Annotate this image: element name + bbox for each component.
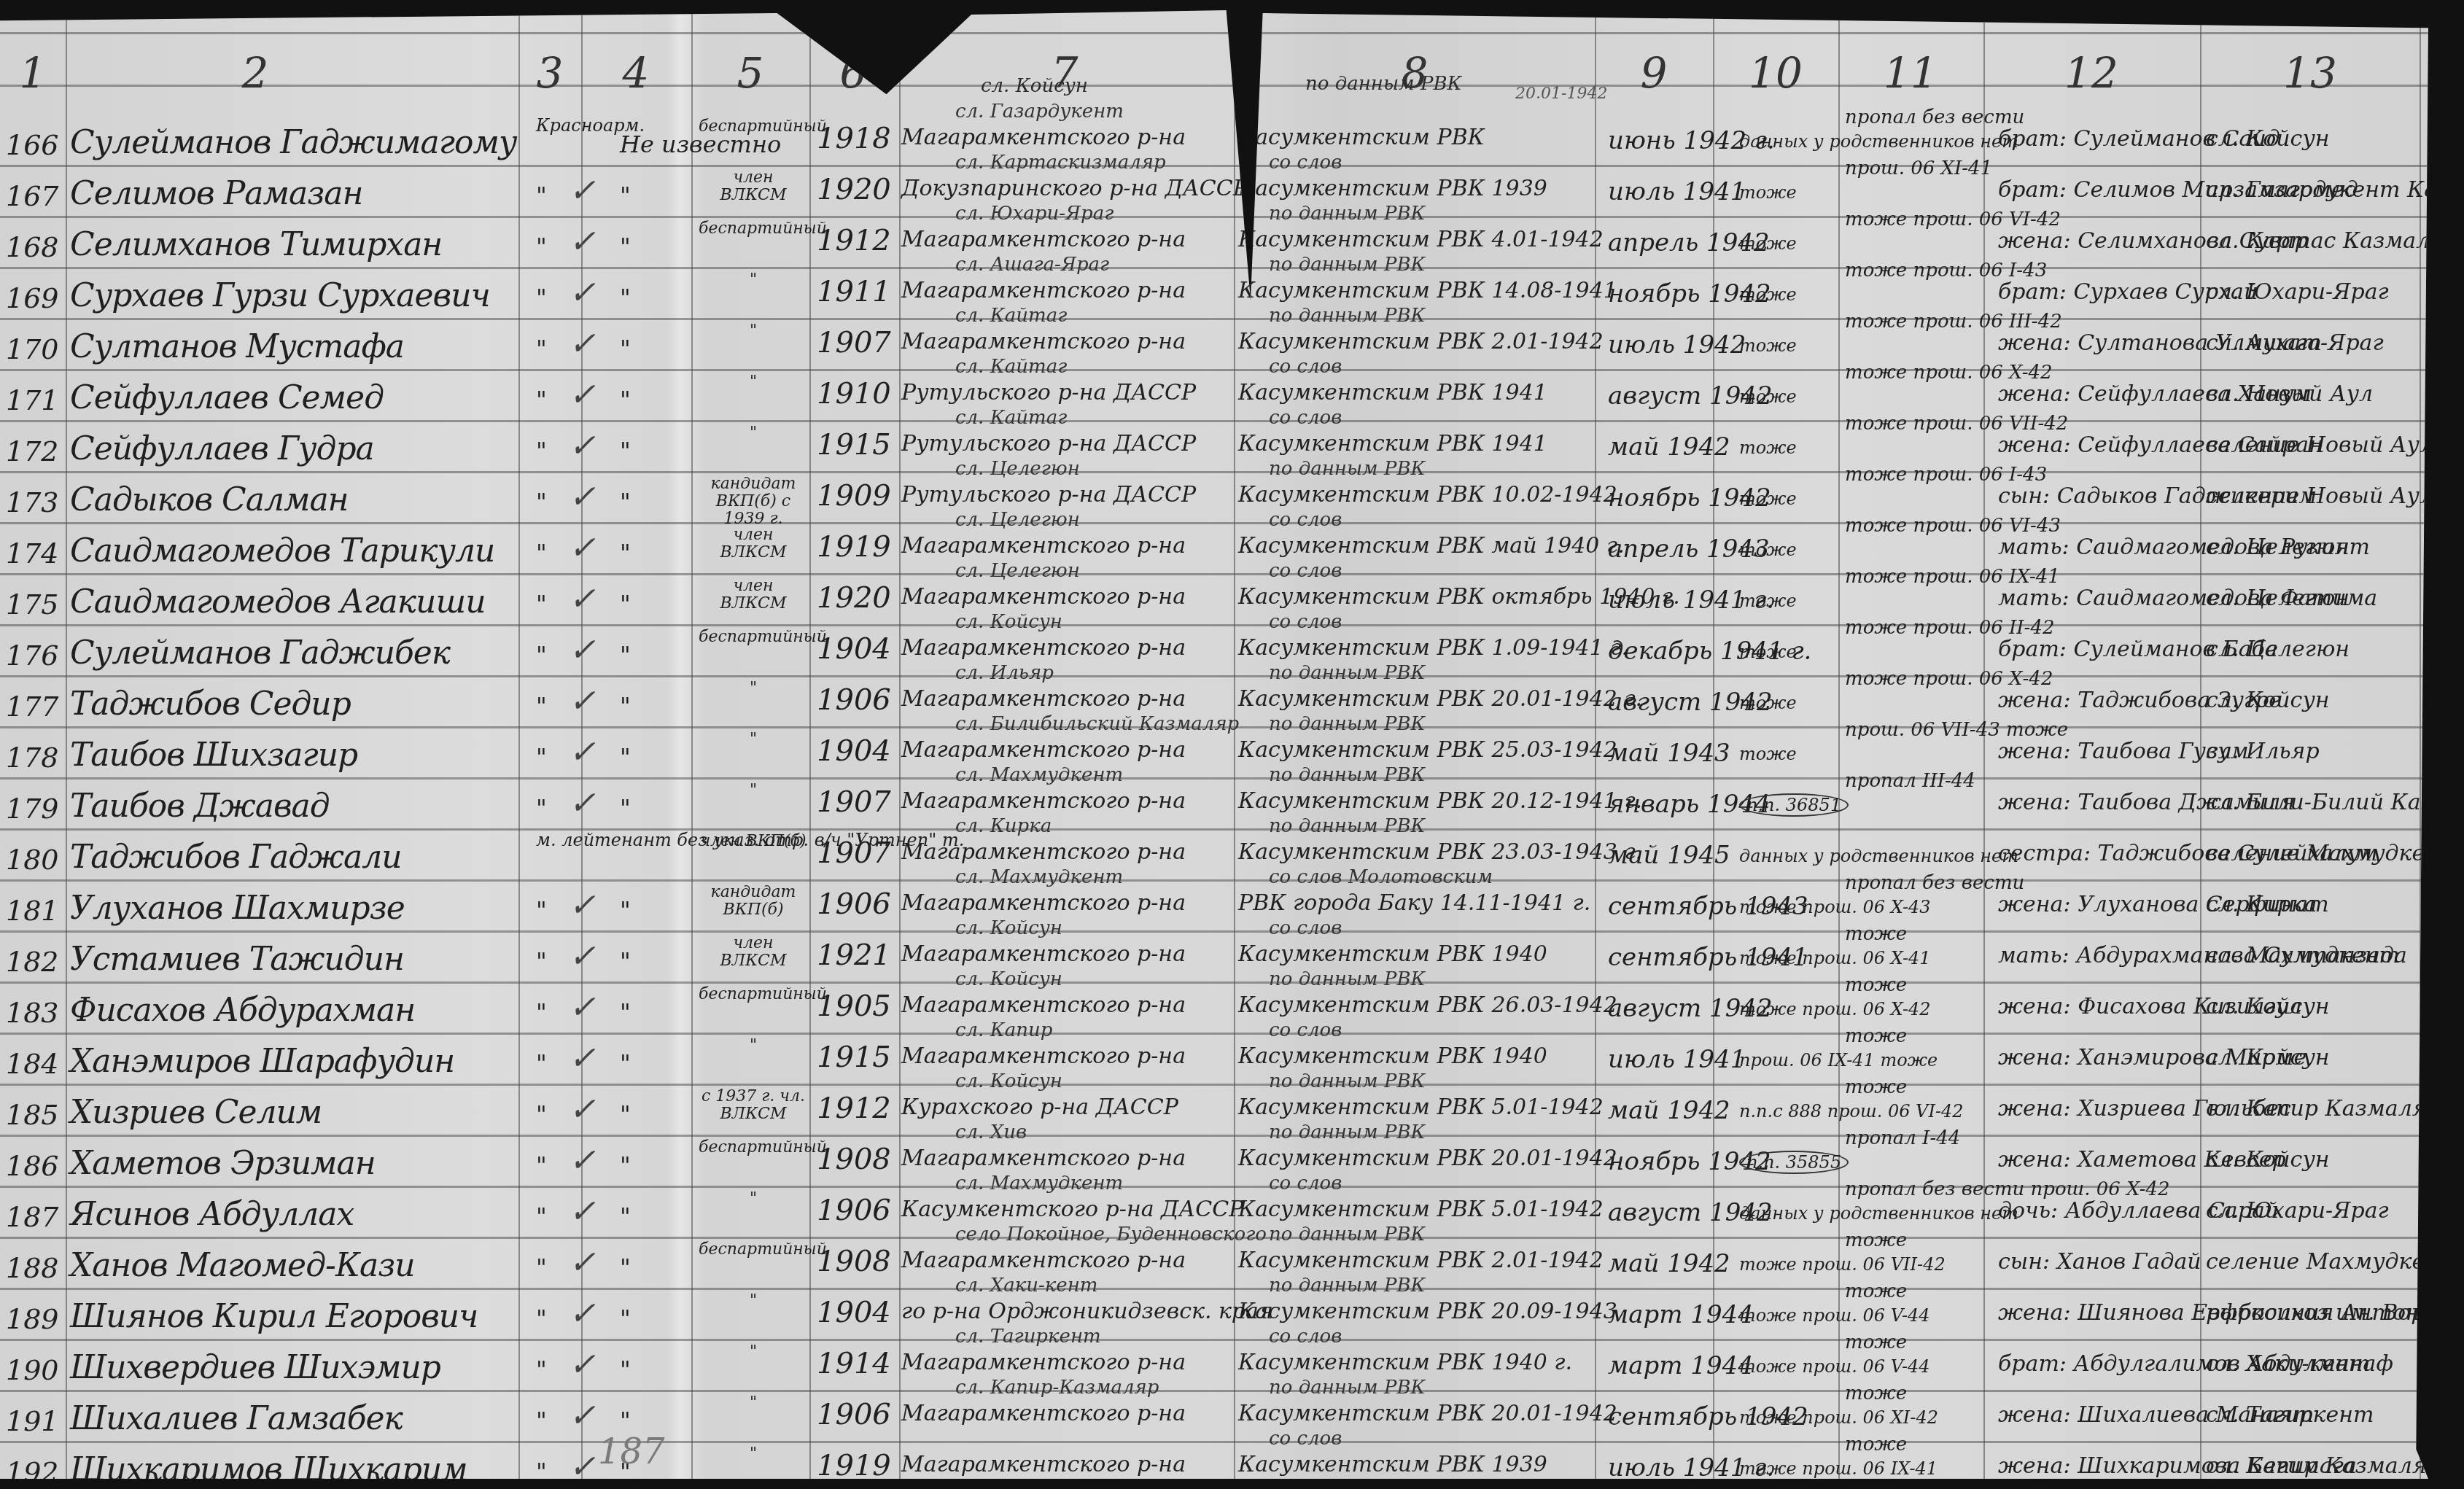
col10-cell: тоже прош. 06 X-41 bbox=[1739, 949, 1931, 967]
checkmark-icon: ✓ bbox=[569, 1145, 596, 1177]
district-cell: Магарамкентского р-на bbox=[901, 280, 1186, 302]
row-number: 189 bbox=[6, 1305, 59, 1333]
checkmark-icon: ✓ bbox=[569, 788, 596, 820]
party-cell: беспартийный bbox=[699, 986, 808, 1003]
district-cell: Магарамкентского р-на bbox=[901, 790, 1186, 812]
village-cell: сл. Махмудкент bbox=[904, 766, 1123, 785]
status-cell: тоже bbox=[1845, 1282, 1907, 1301]
person-name: Саидмагомедов Тарикули bbox=[70, 535, 494, 567]
rank-cell: " bbox=[536, 1409, 547, 1432]
residence-cell: сл. Кирка bbox=[2206, 894, 2317, 916]
party-cell: с 1937 г. чл. ВЛКСМ bbox=[699, 1088, 808, 1123]
date-cell: май 1943 bbox=[1608, 741, 1730, 766]
village-cell: село Покойное, Буденновского bbox=[904, 1225, 1267, 1244]
party-cell: член ВЛКСМ bbox=[699, 578, 808, 613]
party-cell: беспартийный bbox=[699, 1139, 808, 1156]
party-cell: беспартийный bbox=[699, 220, 808, 238]
column-number-1: 1 bbox=[20, 48, 47, 98]
table-row: 169Сурхаев Гурзи Сурхаевич"""1911сл. Аша… bbox=[0, 268, 2428, 319]
birth-year: 1910 bbox=[817, 379, 891, 408]
residence-cell: сл. Целегюн bbox=[2206, 588, 2350, 610]
village-cell: сл. Билибильский Казмаляр bbox=[904, 715, 1239, 734]
party-cell: " bbox=[699, 1190, 808, 1208]
relative-cell: сын: Ханов Гадай bbox=[1998, 1251, 2201, 1273]
table-row: 181Улуханов Шахмирзе""кандидат ВКП(б)190… bbox=[0, 881, 2428, 932]
source-note: со слов bbox=[1269, 1021, 1342, 1040]
rank-cell: " bbox=[536, 1051, 547, 1075]
rank-cell: " bbox=[536, 337, 547, 360]
birth-year: 1906 bbox=[817, 1400, 891, 1429]
district-cell: го р-на Орджоникидзевск. края bbox=[901, 1301, 1273, 1323]
checkmark-icon: ✓ bbox=[569, 1247, 596, 1279]
row-number: 175 bbox=[6, 591, 59, 618]
district-cell: Рутульского р-на ДАССР bbox=[901, 382, 1196, 404]
village-cell: сл. Койсун bbox=[904, 970, 1062, 989]
person-name: Таджибов Седир bbox=[70, 688, 351, 720]
source-note: по данным РВК bbox=[1269, 255, 1426, 274]
table-row: 188Ханов Магомед-Кази""беспартийный1908с… bbox=[0, 1238, 2428, 1289]
village-cell: сл. Кайтаг bbox=[904, 357, 1067, 376]
birth-year: 1904 bbox=[817, 736, 891, 766]
row-number: 182 bbox=[6, 948, 59, 976]
row-number: 174 bbox=[6, 540, 59, 567]
column-number-4: 4 bbox=[623, 48, 650, 98]
rank-cell: " bbox=[536, 643, 547, 666]
village-cell: сл. Ашага-Яраг bbox=[904, 255, 1109, 274]
table-row: 167Селимов Рамазан""член ВЛКСМ1920сл. Ка… bbox=[0, 166, 2428, 217]
col10-cell: п.п.с 888 прош. 06 VI-42 bbox=[1739, 1103, 1964, 1120]
birth-year: 1904 bbox=[817, 634, 891, 664]
person-name: Садыков Салман bbox=[70, 484, 349, 516]
table-row: 174Саидмагомедов Тарикули""член ВЛКСМ191… bbox=[0, 524, 2428, 575]
person-name: Ханэмиров Шарафудин bbox=[70, 1046, 454, 1078]
col4-cell: " bbox=[620, 235, 631, 258]
residence-cell: сл. Капир Казмаляр bbox=[2206, 1098, 2428, 1120]
row-number: 187 bbox=[6, 1203, 59, 1231]
birth-year: 1921 bbox=[817, 941, 891, 970]
col8-header-date: 20.01-1942 bbox=[1515, 85, 1607, 103]
draft-office-cell: Касумкентским РВК 2.01-1942 bbox=[1238, 1250, 1604, 1272]
birth-year: 1918 bbox=[817, 124, 891, 153]
district-cell: Магарамкентского р-на bbox=[901, 331, 1186, 353]
person-name: Шихкаримов Шихкарим bbox=[70, 1454, 467, 1479]
col4-cell: " bbox=[620, 184, 631, 207]
village-cell: сл. Ильяр bbox=[904, 664, 1054, 683]
rank-cell: " bbox=[536, 1358, 547, 1381]
checkmark-icon: ✓ bbox=[569, 430, 596, 462]
checkmark-icon: ✓ bbox=[569, 1400, 596, 1432]
birth-year: 1920 bbox=[817, 583, 891, 613]
col4-cell: " bbox=[620, 592, 631, 615]
status-cell: прош. 06 XI-41 bbox=[1845, 159, 1992, 178]
residence-cell: сл. Ильяр bbox=[2206, 741, 2320, 763]
source-note: со слов bbox=[1269, 408, 1342, 427]
residence-cell: селение Новый Аул bbox=[2206, 486, 2428, 508]
party-cell: " bbox=[699, 322, 808, 340]
checkmark-icon: ✓ bbox=[569, 1043, 596, 1075]
birth-year: 1907 bbox=[817, 839, 891, 868]
person-name: Сулейманов Гаджибек bbox=[70, 637, 450, 669]
birth-year: 1908 bbox=[817, 1247, 891, 1276]
residence-cell: сл. Махмудкент bbox=[2206, 945, 2400, 967]
date-cell: март 1944 bbox=[1608, 1302, 1754, 1327]
draft-office-cell: Касумкентским РВК 1940 г. bbox=[1238, 1352, 1572, 1374]
col10-cell: данных у родственников нет bbox=[1739, 1205, 2018, 1222]
party-cell: член ВЛКСМ bbox=[699, 526, 808, 561]
birth-year: 1919 bbox=[817, 532, 891, 561]
person-name: Сурхаев Гурзи Сурхаевич bbox=[70, 280, 490, 312]
source-note: по данным РВК bbox=[1269, 1276, 1426, 1295]
party-cell: " bbox=[699, 373, 808, 391]
checkmark-icon: ✓ bbox=[569, 583, 596, 615]
district-cell: Рутульского р-на ДАССР bbox=[901, 433, 1196, 455]
row-number: 192 bbox=[6, 1458, 59, 1479]
residence-cell: сл. Юхари-Яраг bbox=[2206, 281, 2389, 303]
draft-office-cell: Касумкентским РВК 5.01-1942 bbox=[1238, 1097, 1604, 1119]
col4-cell: " bbox=[620, 1307, 631, 1330]
district-cell: Магарамкентского р-на bbox=[901, 1403, 1186, 1425]
draft-office-cell: Касумкентским РВК 1939 bbox=[1238, 1454, 1547, 1476]
col10-cell: тоже bbox=[1739, 286, 1797, 303]
person-name: Селимханов Тимирхан bbox=[70, 229, 442, 261]
person-name: Таджибов Гаджали bbox=[70, 841, 402, 874]
col4-cell: " bbox=[620, 796, 631, 820]
party-cell: " bbox=[699, 1292, 808, 1310]
rank-cell: " bbox=[536, 388, 547, 411]
village-cell: сл. Юхари-Яраг bbox=[904, 204, 1114, 223]
person-name: Улуханов Шахмирзе bbox=[70, 893, 405, 925]
draft-office-cell: РВК города Баку 14.11-1941 г. bbox=[1238, 893, 1590, 914]
col4-cell: " bbox=[620, 1000, 631, 1024]
residence-cell: сл. Тагиркент bbox=[2206, 1404, 2374, 1426]
status-cell: тоже прош. 06 Х-42 bbox=[1845, 669, 2053, 688]
col10-cell: тоже bbox=[1739, 541, 1797, 559]
party-cell: " bbox=[699, 680, 808, 697]
village-cell: сл. Целегюн bbox=[904, 510, 1080, 529]
col4-cell: " bbox=[620, 1205, 631, 1228]
rank-cell: " bbox=[536, 439, 547, 462]
col4-cell: " bbox=[620, 1051, 631, 1075]
birth-year: 1907 bbox=[817, 788, 891, 817]
person-name: Шиянов Кирил Егорович bbox=[70, 1301, 478, 1333]
district-cell: Магарамкентского р-на bbox=[901, 841, 1186, 863]
rank-cell: " bbox=[536, 796, 547, 820]
col10-cell: тоже bbox=[1739, 694, 1797, 712]
status-cell: тоже bbox=[1845, 925, 1907, 944]
district-cell: Магарамкентского р-на bbox=[901, 535, 1186, 557]
checkmark-icon: ✓ bbox=[569, 685, 596, 718]
party-cell: " bbox=[699, 1037, 808, 1054]
col10-cell: тоже bbox=[1739, 337, 1797, 354]
document-sheet: 12345678910111213 сл. Койсун по данным Р… bbox=[0, 6, 2428, 1479]
col10-cell: п.п. 36851 bbox=[1739, 796, 1849, 814]
status-cell: тоже bbox=[1845, 1027, 1907, 1046]
person-name: Таибов Джавад bbox=[70, 790, 330, 823]
rank-cell: " bbox=[536, 949, 547, 973]
district-cell: Магарамкентского р-на bbox=[901, 127, 1186, 149]
birth-year: 1909 bbox=[817, 481, 891, 510]
party-cell: беспартийный bbox=[699, 1241, 808, 1259]
row-number: 188 bbox=[6, 1254, 59, 1282]
person-name: Сейфуллаев Гудра bbox=[70, 433, 374, 465]
birth-year: 1912 bbox=[817, 226, 891, 255]
residence-cell: сл. Целегюн bbox=[2206, 639, 2350, 661]
row-number: 170 bbox=[6, 335, 59, 363]
rank-cell: " bbox=[536, 490, 547, 513]
village-cell: сл. Кирка bbox=[904, 817, 1052, 836]
party-cell: " bbox=[699, 271, 808, 289]
status-cell: пропал I-44 bbox=[1845, 1129, 1960, 1148]
residence-cell: селение Махмудкент bbox=[2206, 1251, 2428, 1273]
status-cell: тоже прош. 06 II-42 bbox=[1845, 618, 2054, 637]
district-cell: Магарамкентского р-на bbox=[901, 893, 1186, 914]
draft-office-cell: Касумкентским РВК 2.01-1942 bbox=[1238, 331, 1604, 353]
column-number-3: 3 bbox=[537, 48, 564, 98]
person-name: Шихвердиев Шихэмир bbox=[70, 1352, 440, 1384]
col4-cell: " bbox=[620, 1256, 631, 1279]
col10-cell: тоже прош. 06 IX-41 bbox=[1739, 1460, 1938, 1477]
source-note: по данным РВК bbox=[1269, 715, 1426, 734]
residence-cell: сл. Газардукент Казмаляр bbox=[2206, 179, 2428, 201]
district-cell: Магарамкентского р-на bbox=[901, 637, 1186, 659]
party-cell: член ВЛКСМ bbox=[699, 169, 808, 204]
residence-cell: селение Махмудкент bbox=[2206, 843, 2428, 865]
party-cell: беспартийный bbox=[699, 629, 808, 646]
birth-year: 1907 bbox=[817, 328, 891, 357]
status-cell: тоже bbox=[1845, 976, 1907, 995]
district-cell: Магарамкентского р-на bbox=[901, 688, 1186, 710]
checkmark-icon: ✓ bbox=[569, 328, 596, 360]
district-cell: Магарамкентского р-на bbox=[901, 944, 1186, 965]
col10-cell: тоже bbox=[1739, 184, 1797, 201]
party-cell: член ВКП(б) bbox=[699, 833, 808, 850]
birth-year: 1905 bbox=[817, 992, 891, 1021]
col10-cell: тоже bbox=[1739, 490, 1797, 508]
rank-cell: " bbox=[536, 745, 547, 769]
checkmark-icon: ✓ bbox=[569, 634, 596, 666]
col4-cell: " bbox=[620, 1103, 631, 1126]
status-cell: тоже bbox=[1845, 1078, 1907, 1097]
residence-cell: сл. Били-Билий Казмаляр bbox=[2206, 792, 2428, 814]
residence-cell: сл. Целегюн bbox=[2206, 537, 2350, 559]
date-cell: май 1942 bbox=[1608, 435, 1730, 459]
col4-cell: " bbox=[620, 1358, 631, 1381]
col10-cell: данных у родственников нет bbox=[1739, 133, 2018, 150]
col10-cell: тоже bbox=[1739, 439, 1797, 456]
birth-year: 1920 bbox=[817, 175, 891, 204]
source-note: по данным РВК bbox=[1269, 204, 1426, 223]
column-number-9: 9 bbox=[1641, 48, 1668, 98]
person-name: Султанов Мустафа bbox=[70, 331, 404, 363]
date-cell: март 1944 bbox=[1608, 1353, 1754, 1378]
draft-office-cell: Касумкентским РВК 20.09-1943 bbox=[1238, 1301, 1617, 1323]
row-number: 168 bbox=[6, 233, 59, 261]
rank-cell: " bbox=[536, 235, 547, 258]
status-cell: тоже прош. 06 X-42 bbox=[1845, 363, 2053, 382]
table-row: 190Шихвердиев Шихэмир"""1914сл. Тагиркен… bbox=[0, 1340, 2428, 1391]
person-name: Ясинов Абдуллах bbox=[70, 1199, 354, 1231]
rank-cell: " bbox=[536, 1103, 547, 1126]
district-cell: Магарамкентского р-на bbox=[901, 586, 1186, 608]
col4-cell: " bbox=[620, 439, 631, 462]
row-number: 191 bbox=[6, 1407, 59, 1435]
table-row: 183Фисахов Абдурахман""беспартийный1905с… bbox=[0, 983, 2428, 1034]
district-cell: Курахского р-на ДАССР bbox=[901, 1097, 1178, 1119]
source-note: по данным РВК bbox=[1269, 1072, 1426, 1091]
source-note: со слов bbox=[1269, 1174, 1342, 1193]
birth-year: 1908 bbox=[817, 1145, 891, 1174]
row-number: 167 bbox=[6, 182, 59, 210]
col10-cell: тоже bbox=[1739, 235, 1797, 252]
col10-cell: тоже прош. 06 X-43 bbox=[1739, 898, 1931, 916]
table-row: 166Сулейманов ГаджимагомуКрасноарм.Не из… bbox=[0, 115, 2428, 166]
checkmark-icon: ✓ bbox=[569, 992, 596, 1024]
col10-cell: п.п. 35855 bbox=[1739, 1154, 1849, 1171]
rank-cell: " bbox=[536, 694, 547, 718]
district-cell: Докузпаринского р-на ДАССР bbox=[901, 178, 1248, 200]
source-note: со слов bbox=[1269, 1429, 1342, 1448]
col4-cell: " bbox=[620, 337, 631, 360]
source-note: со слов Молотовским bbox=[1269, 868, 1493, 887]
checkmark-icon: ✓ bbox=[569, 941, 596, 973]
col4-cell: " bbox=[620, 388, 631, 411]
residence-cell: сл. Койсун bbox=[2206, 996, 2330, 1018]
row-number: 173 bbox=[6, 489, 59, 516]
table-row: 176Сулейманов Гаджибек""беспартийный1904… bbox=[0, 626, 2428, 677]
residence-cell: сл. Койсун bbox=[2206, 690, 2330, 712]
col4-cell: " bbox=[620, 286, 631, 309]
status-cell: тоже прош. 06 VI-42 bbox=[1845, 210, 2061, 229]
village-cell: сл. Махмудкент bbox=[904, 868, 1123, 887]
rank-cell: " bbox=[536, 1000, 547, 1024]
checkmark-icon: ✓ bbox=[569, 736, 596, 769]
rank-cell: " bbox=[536, 1205, 547, 1228]
checkmark-icon: ✓ bbox=[569, 277, 596, 309]
draft-office-cell: Касумкентским РВК 20.01-1942 bbox=[1238, 1403, 1617, 1425]
column-number-11: 11 bbox=[1884, 48, 1938, 98]
source-note: со слов bbox=[1269, 153, 1342, 172]
source-note: по данным РВК bbox=[1269, 1123, 1426, 1142]
person-name: Хаметов Эрзиман bbox=[70, 1148, 376, 1180]
district-cell: Магарамкентского р-на bbox=[901, 995, 1186, 1016]
birth-year: 1919 bbox=[817, 1451, 891, 1479]
table-row: 191Шихалиев Гамзабек"""1906сл. Капир-Каз… bbox=[0, 1391, 2428, 1442]
col10-cell: тоже bbox=[1739, 592, 1797, 610]
date-cell: май 1945 bbox=[1608, 843, 1730, 868]
rank-cell: " bbox=[536, 1460, 547, 1479]
district-cell: Рутульского р-на ДАССР bbox=[901, 484, 1196, 506]
checkmark-icon: ✓ bbox=[569, 532, 596, 564]
party-cell: беспартийный bbox=[699, 118, 808, 136]
col10-cell: тоже прош. 06 VII-42 bbox=[1739, 1256, 1946, 1273]
village-cell: сл. Тагиркент bbox=[904, 1327, 1101, 1346]
rank-cell: " bbox=[536, 184, 547, 207]
source-note: по данным РВК bbox=[1269, 306, 1426, 325]
status-cell: тоже прош. 06 IX-41 bbox=[1845, 567, 2060, 586]
source-note: по данным РВК bbox=[1269, 766, 1426, 785]
checkmark-icon: ✓ bbox=[569, 1094, 596, 1126]
district-cell: Магарамкентского р-на bbox=[901, 229, 1186, 251]
party-cell: член ВЛКСМ bbox=[699, 935, 808, 970]
residence-cell: селение Новый Аул bbox=[2206, 435, 2428, 456]
col4-cell: " bbox=[620, 1409, 631, 1432]
checkmark-icon: ✓ bbox=[569, 481, 596, 513]
draft-office-cell: Касумкентским РВК 25.03-1942 bbox=[1238, 739, 1617, 761]
village-cell: сл. Койсун bbox=[904, 613, 1062, 631]
source-note: по данным РВК bbox=[1269, 1225, 1426, 1244]
col4-cell: " bbox=[620, 898, 631, 922]
residence-cell: сл. Хаки-кент bbox=[2206, 1353, 2370, 1375]
birth-year: 1906 bbox=[817, 890, 891, 919]
date-cell: май 1942 bbox=[1608, 1251, 1730, 1276]
col10-cell: прош. 06 IX-41 тоже bbox=[1739, 1051, 1938, 1069]
table-row: 168Селимханов Тимирхан""беспартийный1912… bbox=[0, 217, 2428, 268]
residence-cell: сл. Ашага-Яраг bbox=[2206, 333, 2384, 354]
checkmark-icon: ✓ bbox=[569, 379, 596, 411]
draft-office-cell: Касумкентским РВК 10.02-1942 bbox=[1238, 484, 1617, 506]
table-row: 180Таджибов Гаджалим. лейтенант без указ… bbox=[0, 830, 2428, 881]
residence-cell: сл. Койсун bbox=[2206, 1149, 2330, 1171]
row-number: 186 bbox=[6, 1152, 59, 1180]
person-name: Фисахов Абдурахман bbox=[70, 995, 415, 1027]
row-number: 184 bbox=[6, 1050, 59, 1078]
date-cell: июль 1941 bbox=[1608, 1047, 1746, 1072]
rank-cell: " bbox=[536, 1307, 547, 1330]
draft-office-cell: Касумкентским РВК 1940 bbox=[1238, 1046, 1547, 1068]
district-cell: Магарамкентского р-на bbox=[901, 739, 1186, 761]
draft-office-cell: Касумкентским РВК 20.01-1942 г. bbox=[1238, 688, 1642, 710]
col10-cell: тоже прош. 06 V-44 bbox=[1739, 1358, 1930, 1375]
row-number: 177 bbox=[6, 693, 59, 720]
rank-cell: " bbox=[536, 286, 547, 309]
table-row: 173Садыков Салман""кандидат ВКП(б) с 193… bbox=[0, 473, 2428, 524]
district-cell: Магарамкентского р-на bbox=[901, 1352, 1186, 1374]
row-number: 183 bbox=[6, 999, 59, 1027]
ruling-line bbox=[0, 32, 2428, 34]
draft-office-cell: Касумкентским РВК 1.09-1941 г. bbox=[1238, 637, 1628, 659]
col4-cell: " bbox=[620, 541, 631, 564]
draft-office-cell: Касумкентским РВК 1941 bbox=[1238, 382, 1547, 404]
row-number: 169 bbox=[6, 284, 59, 312]
date-cell: май 1942 bbox=[1608, 1098, 1730, 1123]
district-cell: Касумкентского р-на ДАССР bbox=[901, 1199, 1243, 1221]
person-name: Шихалиев Гамзабек bbox=[70, 1403, 403, 1435]
residence-cell: рыбколхоз им. Ворошилова bbox=[2206, 1302, 2428, 1324]
table-row: 184Ханэмиров Шарафудин"""1915сл. КапирМа… bbox=[0, 1034, 2428, 1085]
status-cell: тоже bbox=[1845, 1384, 1907, 1403]
party-cell: кандидат ВКП(б) bbox=[699, 884, 808, 919]
status-cell: пропал без вести bbox=[1845, 108, 2024, 127]
party-cell: " bbox=[699, 1394, 808, 1412]
col4-cell: " bbox=[620, 949, 631, 973]
row-number: 171 bbox=[6, 386, 59, 414]
status-cell: тоже bbox=[1845, 1231, 1907, 1250]
party-cell: кандидат ВКП(б) с 1939 г. bbox=[699, 475, 808, 529]
column-number-13: 13 bbox=[2283, 48, 2337, 98]
rank-cell: " bbox=[536, 592, 547, 615]
column-number-2: 2 bbox=[242, 48, 269, 98]
table-row: 192Шихкаримов Шихкарим"""1919Магарамкент… bbox=[0, 1442, 2428, 1479]
district-cell: Магарамкентского р-на bbox=[901, 1148, 1186, 1170]
draft-office-cell: Касумкентским РВК 23.03-1943 г. bbox=[1238, 841, 1642, 863]
birth-year: 1906 bbox=[817, 1196, 891, 1225]
status-cell: тоже прош. 06 I-43 bbox=[1845, 465, 2047, 484]
source-note: со слов bbox=[1269, 919, 1342, 938]
village-cell: сл. Койсун bbox=[904, 1072, 1062, 1091]
person-name: Саидмагомедов Агакиши bbox=[70, 586, 485, 618]
residence-cell: сл. Койсун bbox=[2206, 128, 2330, 150]
source-note: по данным РВК bbox=[1269, 459, 1426, 478]
